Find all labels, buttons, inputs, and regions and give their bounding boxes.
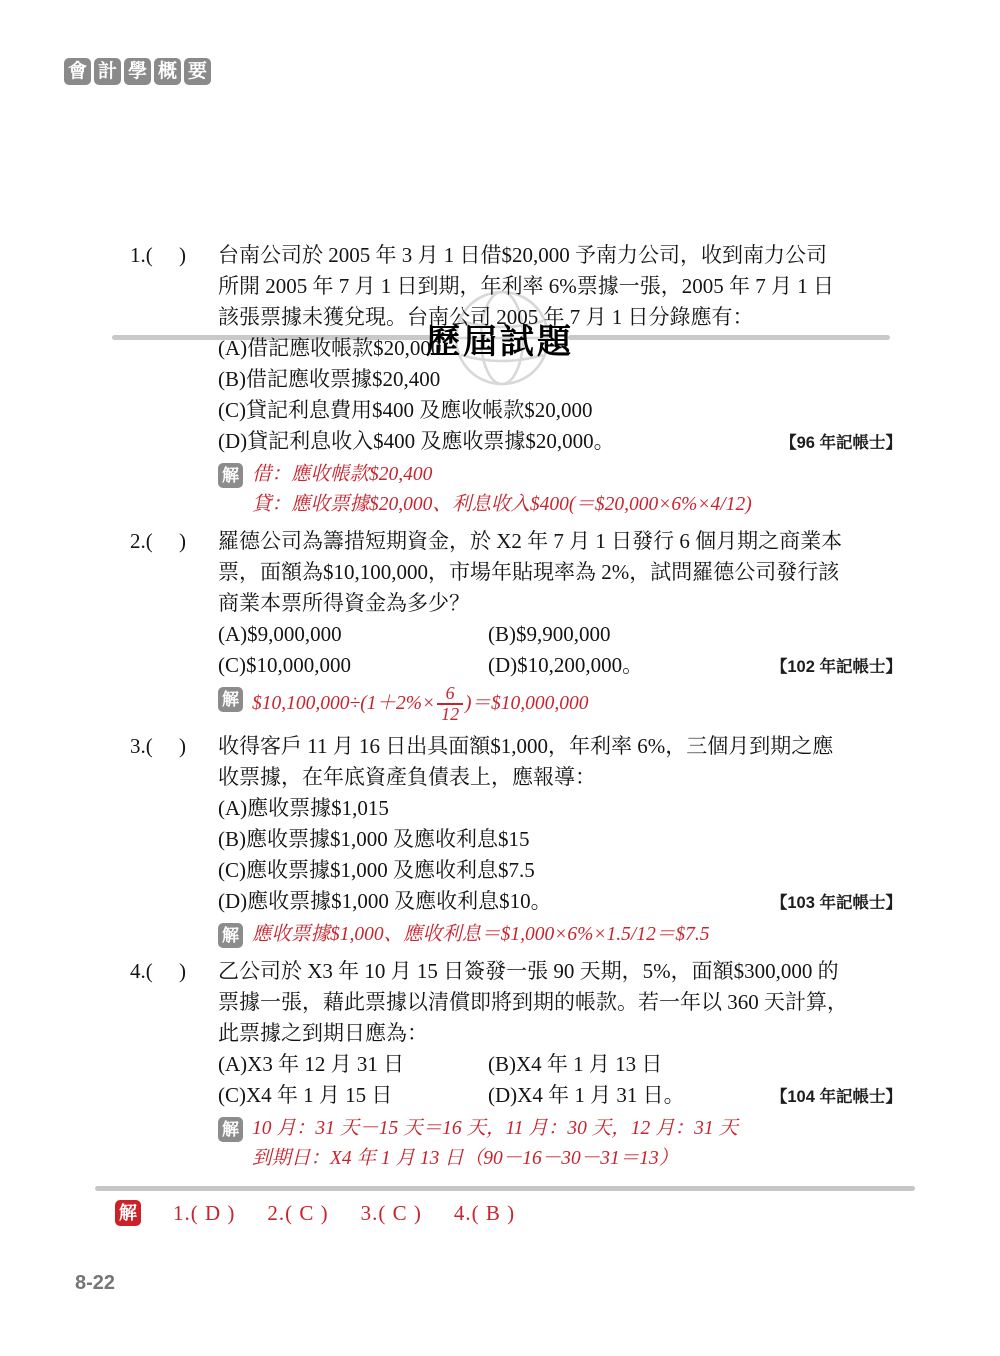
exam-source-tag: 【104 年記帳士】	[771, 1083, 902, 1107]
question-number: 2.( )	[130, 526, 218, 557]
question-options: (A)應收票據$1,015(B)應收票據$1,000 及應收利息$15(C)應收…	[218, 793, 902, 917]
solution-line: 借：應收帳款$20,400	[252, 460, 752, 490]
question-item: 1.( )台南公司於 2005 年 3 月 1 日借$20,000 予南力公司，…	[130, 240, 902, 526]
book-title-char: 計	[94, 58, 121, 85]
question-item: 4.( )乙公司於 X3 年 10 月 15 日簽發一張 90 天期，5%，面額…	[130, 956, 902, 1180]
fraction: 612	[437, 684, 463, 725]
solution-badge-icon: 解	[218, 1117, 243, 1142]
solution-block: 解$10,100,000÷(1＋2%×612)＝$10,000,000	[218, 684, 902, 725]
question-number: 3.( )	[130, 731, 218, 762]
question-stem-line: 收得客戶 11 月 16 日出具面額$1,000，年利率 6%，三個月到期之應	[218, 731, 902, 762]
textbook-page: 會計學概要 歷屆試題 1.( )台南公司於 2005 年 3 月 1 日借$20…	[0, 0, 1000, 1356]
question-option: (A)借記應收帳款$20,000	[218, 333, 902, 364]
solution-badge-icon: 解	[218, 687, 243, 712]
solution-line: 到期日：X4 年 1 月 13 日（90－16－30－31＝13）	[252, 1144, 738, 1174]
solution-badge-icon: 解	[218, 923, 243, 948]
solution-block: 解借：應收帳款$20,400貸：應收票據$20,000、利息收入$400(＝$2…	[218, 460, 902, 520]
answer-key-item: 4.( B )	[454, 1201, 515, 1226]
solution-block: 解應收票據$1,000、應收利息＝$1,000×6%×1.5/12＝$7.5	[218, 920, 902, 950]
question-item: 3.( )收得客戶 11 月 16 日出具面額$1,000，年利率 6%，三個月…	[130, 731, 902, 956]
solution-line: $10,100,000÷(1＋2%×612)＝$10,000,000	[252, 684, 589, 725]
question-option: (B)借記應收票據$20,400	[218, 364, 902, 395]
solution-line: 10 月：31 天－15 天＝16 天，11 月：30 天，12 月：31 天	[252, 1114, 738, 1144]
section-heading: 歷屆試題	[0, 142, 1000, 252]
question-option: (B)應收票據$1,000 及應收利息$15	[218, 824, 902, 855]
exam-source-tag: 【103 年記帳士】	[771, 889, 902, 913]
question-options: (A)$9,000,000(B)$9,900,000(C)$10,000,000…	[218, 619, 902, 681]
solution-line: 應收票據$1,000、應收利息＝$1,000×6%×1.5/12＝$7.5	[252, 920, 709, 950]
book-title-char: 學	[124, 58, 151, 85]
solution-formula-post: )＝$10,000,000	[465, 693, 589, 714]
exam-source-tag: 【102 年記帳士】	[771, 653, 902, 677]
fraction-numerator: 6	[437, 684, 463, 703]
answer-key-badge: 解	[115, 1200, 141, 1226]
book-title: 會計學概要	[64, 58, 211, 85]
question-list: 1.( )台南公司於 2005 年 3 月 1 日借$20,000 予南力公司，…	[130, 240, 902, 1180]
question-number: 1.( )	[130, 240, 218, 271]
fraction-denominator: 12	[437, 703, 463, 724]
exam-source-tag: 【96 年記帳士】	[780, 429, 902, 453]
question-option: (C)貸記利息費用$400 及應收帳款$20,000	[218, 395, 902, 426]
solution-lines: 10 月：31 天－15 天＝16 天，11 月：30 天，12 月：31 天到…	[252, 1114, 738, 1174]
answer-key: 解 1.( D )2.( C )3.( C )4.( B )	[115, 1200, 515, 1226]
question-option: (A)$9,000,000	[218, 619, 488, 650]
question-option: (B)$9,900,000	[488, 619, 902, 650]
question-body: 台南公司於 2005 年 3 月 1 日借$20,000 予南力公司，收到南力公…	[218, 240, 902, 526]
question-body: 乙公司於 X3 年 10 月 15 日簽發一張 90 天期，5%，面額$300,…	[218, 956, 902, 1180]
book-title-char: 要	[184, 58, 211, 85]
question-option: (C)應收票據$1,000 及應收利息$7.5	[218, 855, 902, 886]
question-stem-line: 收票據，在年底資產負債表上，應報導：	[218, 762, 902, 793]
solution-formula-pre: $10,100,000÷(1＋2%×	[252, 693, 435, 714]
question-stem-line: 羅德公司為籌措短期資金，於 X2 年 7 月 1 日發行 6 個月期之商業本	[218, 526, 902, 557]
question-options: (A)借記應收帳款$20,000(B)借記應收票據$20,400(C)貸記利息費…	[218, 333, 902, 457]
question-stem-line: 商業本票所得資金為多少？	[218, 588, 902, 619]
question-stem-line: 票據一張，藉此票據以清償即將到期的帳款。若一年以 360 天計算，	[218, 987, 902, 1018]
answer-key-items: 1.( D )2.( C )3.( C )4.( B )	[173, 1201, 515, 1226]
question-option: (C)X4 年 1 月 15 日	[218, 1080, 488, 1111]
answer-key-item: 1.( D )	[173, 1201, 235, 1226]
book-title-char: 會	[64, 58, 91, 85]
question-stem-line: 所開 2005 年 7 月 1 日到期，年利率 6%票據一張，2005 年 7 …	[218, 271, 902, 302]
solution-lines: 應收票據$1,000、應收利息＝$1,000×6%×1.5/12＝$7.5	[252, 920, 709, 950]
question-stem-line: 此票據之到期日應為：	[218, 1018, 902, 1049]
solution-lines: 借：應收帳款$20,400貸：應收票據$20,000、利息收入$400(＝$20…	[252, 460, 752, 520]
question-stem-line: 該張票據未獲兌現。台南公司 2005 年 7 月 1 日分錄應有：	[218, 302, 902, 333]
question-option: (C)$10,000,000	[218, 650, 488, 681]
solution-block: 解10 月：31 天－15 天＝16 天，11 月：30 天，12 月：31 天…	[218, 1114, 902, 1174]
solution-line: 貸：應收票據$20,000、利息收入$400(＝$20,000×6%×4/12)	[252, 490, 752, 520]
question-item: 2.( )羅德公司為籌措短期資金，於 X2 年 7 月 1 日發行 6 個月期之…	[130, 526, 902, 731]
book-title-char: 概	[154, 58, 181, 85]
question-options: (A)X3 年 12 月 31 日(B)X4 年 1 月 13 日(C)X4 年…	[218, 1049, 902, 1111]
answer-separator-rule	[95, 1186, 915, 1191]
question-stem-line: 乙公司於 X3 年 10 月 15 日簽發一張 90 天期，5%，面額$300,…	[218, 956, 902, 987]
question-body: 羅德公司為籌措短期資金，於 X2 年 7 月 1 日發行 6 個月期之商業本票，…	[218, 526, 902, 731]
answer-key-item: 2.( C )	[267, 1201, 328, 1226]
answer-key-item: 3.( C )	[361, 1201, 422, 1226]
question-stem-line: 票，面額為$10,100,000，市場年貼現率為 2%，試問羅德公司發行該	[218, 557, 902, 588]
question-option: (A)應收票據$1,015	[218, 793, 902, 824]
question-number: 4.( )	[130, 956, 218, 987]
question-stem-line: 台南公司於 2005 年 3 月 1 日借$20,000 予南力公司，收到南力公…	[218, 240, 902, 271]
question-option: (B)X4 年 1 月 13 日	[488, 1049, 902, 1080]
question-option: (A)X3 年 12 月 31 日	[218, 1049, 488, 1080]
solution-lines: $10,100,000÷(1＋2%×612)＝$10,000,000	[252, 684, 589, 725]
question-body: 收得客戶 11 月 16 日出具面額$1,000，年利率 6%，三個月到期之應收…	[218, 731, 902, 956]
solution-badge-icon: 解	[218, 463, 243, 488]
page-number: 8-22	[75, 1272, 115, 1295]
